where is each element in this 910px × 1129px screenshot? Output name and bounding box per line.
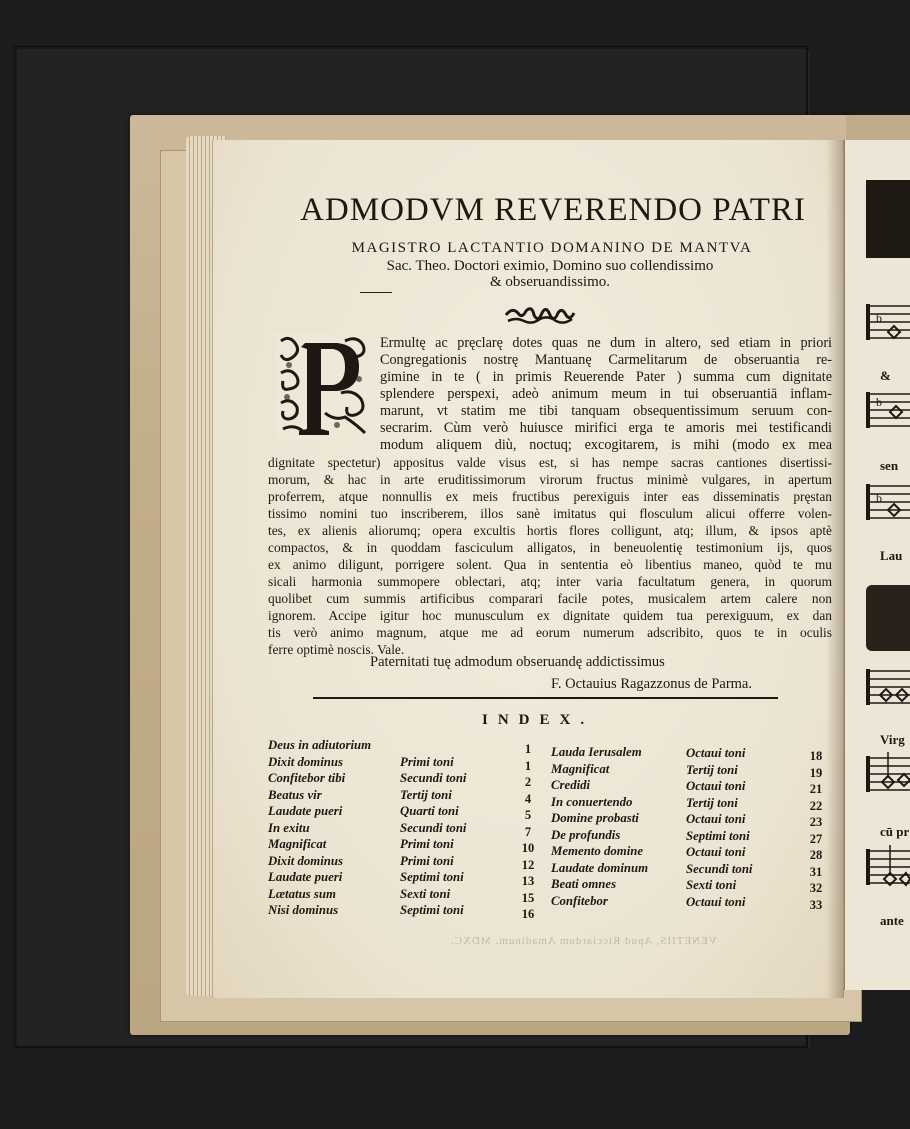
fleuron-ornament-icon [504,305,576,325]
body-line: sicali harmonia summopere oblectari, atq… [268,573,832,590]
index-entry-page: 33 [802,897,830,914]
index-entry-title: Lauda Ierusalem [551,744,648,761]
body-line: ex animo diligunt, porrigere solent. Qua… [268,556,832,573]
music-staff-icon [864,752,910,796]
index-entry-tone: Octaui toni [686,778,753,795]
body-line: Ermultę ac pręclarę dotes quas ne dum in… [380,335,832,352]
dedication-subtitle-2: Sac. Theo. Doctori eximio, Domino suo co… [340,258,760,275]
svg-text:b: b [876,395,882,409]
closing-salutation: Paternitati tuę admodum obseruandę addic… [370,654,665,671]
index-entry-tone: Octaui toni [686,811,753,828]
svg-text:b: b [876,311,882,325]
index-entry-page: 19 [802,765,830,782]
music-staff-icon: b [864,480,910,524]
index-entry-tone: Sexti toni [400,886,467,903]
facing-decorated-initial-s-icon [866,585,910,651]
index-entry-tone: Octaui toni [686,844,753,861]
index-right-titles: Lauda Ierusalem Magnificat Credidi In co… [551,744,648,909]
index-heading: INDEX. [482,712,594,729]
dedication-subtitle-3: & obseruandissimo. [470,274,630,291]
index-entry-title: Lætatus sum [268,886,371,903]
body-line: ignorem. Accipe igitur hoc munusculum ex… [268,607,832,624]
body-line: secrarim. Cùm verò huiusce mirifici erga… [380,420,832,437]
body-line: tissimo nomini tuo inscriberem, illos sa… [268,505,832,522]
index-entry-page: 4 [516,791,540,808]
index-entry-tone: Octaui toni [686,745,753,762]
index-entry-title: Beatus vir [268,787,371,804]
index-entry-tone: Tertij toni [400,787,467,804]
body-line: splendere perspexi, adeò animum meum in … [380,386,832,403]
music-staff-icon [864,665,910,709]
index-entry-title: In conuertendo [551,794,648,811]
index-entry-title: Dixit dominus [268,853,371,870]
index-entry-tone: Tertij toni [686,795,753,812]
index-entry-title: Nisi dominus [268,902,371,919]
facing-text-fragment: cū pr [880,824,909,840]
index-entry-tone: Septimi toni [400,902,467,919]
body-line: dignitate spectetur) appositus valde vis… [268,454,832,471]
index-entry-title: Laudate pueri [268,869,371,886]
index-entry-tone: Quarti toni [400,803,467,820]
dedication-subtitle-1: MAGISTRO LACTANTIO DOMANINO DE MANTVA [302,240,802,257]
body-line: morum, & hac in arte eruditissimorum vir… [268,471,832,488]
horizontal-rule [313,697,778,699]
index-entry-page: 15 [516,890,540,907]
body-line: tes, ex alienis aliorumq; opera excultis… [268,522,832,539]
index-left-titles: Deus in adiutorium Dixit dominus Confite… [268,737,371,919]
body-line: compactos, & in quoddam fasciculum allig… [268,539,832,556]
music-staff-icon [864,845,910,889]
index-entry-tone: Secundi toni [400,770,467,787]
index-entry-page: 22 [802,798,830,815]
index-entry-tone: Octaui toni [686,894,753,911]
index-entry-tone [400,737,467,754]
index-entry-page: 32 [802,880,830,897]
index-right-pages: 18 19 21 22 23 27 28 31 32 33 [802,748,830,913]
index-entry-tone: Tertij toni [686,762,753,779]
index-entry-title: Memento domine [551,843,648,860]
ornamental-dash [360,292,392,293]
index-entry-tone: Sexti toni [686,877,753,894]
dedication-body: Ermultę ac pręclarę dotes quas ne dum in… [268,335,832,658]
index-entry-tone: Primi toni [400,853,467,870]
facing-text-fragment: ante [880,913,904,929]
index-entry-tone: Septimi toni [686,828,753,845]
index-entry-tone: Secundi toni [400,820,467,837]
facing-text-fragment: & [880,368,891,384]
index-entry-page: 1 [516,741,540,758]
music-staff-icon: b [864,300,910,344]
index-left-tones: Primi toni Secundi toni Tertij toni Quar… [400,737,467,919]
body-line: tis verò animo magnum, atque me ad eorum… [268,624,832,641]
index-entry-tone: Primi toni [400,836,467,853]
index-entry-title: Magnificat [268,836,371,853]
body-line: proferrem, atque nonnullis ex meis fruct… [268,488,832,505]
index-entry-page: 2 [516,774,540,791]
index-entry-title: Dixit dominus [268,754,371,771]
index-entry-title: Confitebor tibi [268,770,371,787]
index-entry-page: 7 [516,824,540,841]
index-entry-page: 23 [802,814,830,831]
index-entry-title: Domine probasti [551,810,648,827]
show-through-imprint: VENETIIS, Apud Ricciardum Amadinum. MDXC… [450,935,717,947]
index-entry-page: 31 [802,864,830,881]
body-line: marunt, vt statim me tibi tanquam obsequ… [380,403,832,420]
index-entry-tone: Primi toni [400,754,467,771]
index-entry-title: Beati omnes [551,876,648,893]
index-entry-title: In exitu [268,820,371,837]
music-staff-icon: b [864,388,910,432]
body-line: modum aliquem diù, noctuq; excogitarem, … [380,437,832,454]
index-entry-page: 1 [516,758,540,775]
index-entry-page: 21 [802,781,830,798]
facing-text-fragment: sen [880,458,898,474]
facing-text-fragment: Virg [880,732,905,748]
body-line: quolibet cum summis artificibus comparar… [268,590,832,607]
index-entry-page: 12 [516,857,540,874]
index-entry-title: Deus in adiutorium [268,737,371,754]
body-line: gimine in te ( in primis Reuerende Pater… [380,369,832,386]
index-entry-page: 13 [516,873,540,890]
index-left-pages: 1 1 2 4 5 7 10 12 13 15 16 [516,741,540,923]
index-entry-title: Laudate dominum [551,860,648,877]
index-entry-title: Laudate pueri [268,803,371,820]
index-entry-page: 18 [802,748,830,765]
signature: F. Octauius Ragazzonus de Parma. [551,676,752,693]
svg-text:b: b [876,491,882,505]
index-right-tones: Octaui toni Tertij toni Octaui toni Tert… [686,745,753,910]
index-entry-tone: Secundi toni [686,861,753,878]
index-entry-title: De profundis [551,827,648,844]
index-entry-title: Confitebor [551,893,648,910]
right-cover-edge [846,115,910,143]
index-entry-tone: Septimi toni [400,869,467,886]
facing-decorated-initial-icon [866,180,910,258]
index-entry-page: 5 [516,807,540,824]
index-entry-title: Magnificat [551,761,648,778]
index-entry-page: 27 [802,831,830,848]
body-line: Congregationis nostrę Mantuanę Carmelita… [380,352,832,369]
index-entry-page: 10 [516,840,540,857]
dedication-title: ADMODVM REVERENDO PATRI [272,192,834,229]
facing-text-fragment: Lau [880,548,902,564]
index-entry-page: 28 [802,847,830,864]
index-entry-page: 16 [516,906,540,923]
index-entry-title: Credidi [551,777,648,794]
